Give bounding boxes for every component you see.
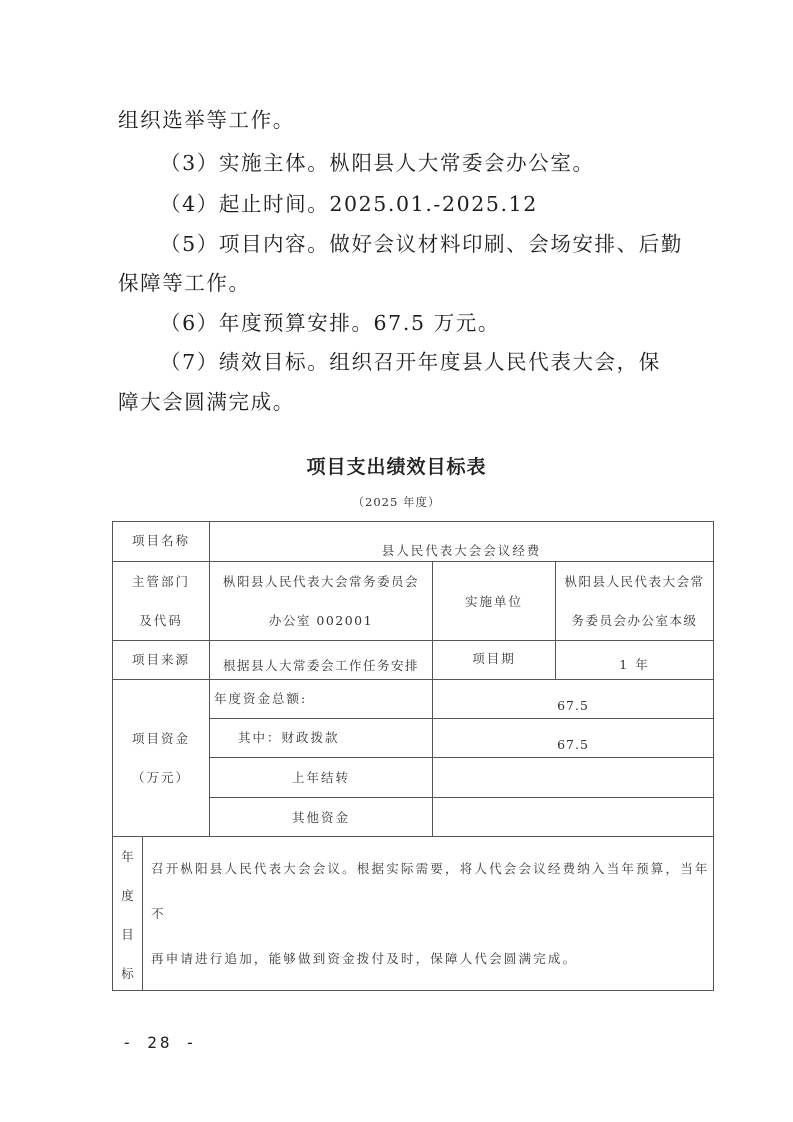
body-item-7-line-1: （7）绩效目标。组织召开年度县人民代表大会，保 <box>160 345 661 375</box>
body-item-5-line-1: （5）项目内容。做好会议材料印刷、会场安排、后勤 <box>160 227 683 257</box>
project-name-label: 项目名称 <box>112 521 210 562</box>
body-item-7-line-2: 障大会圆满完成。 <box>118 385 295 415</box>
funds-carryover-value <box>432 757 714 798</box>
page-number: - 28 - <box>122 1033 198 1052</box>
body-item-3: （3）实施主体。枞阳县人大常委会办公室。 <box>160 146 595 176</box>
funds-label-line-1: 项目资金 <box>132 719 190 758</box>
goal-label-char: 度 <box>121 876 134 915</box>
source-label: 项目来源 <box>112 640 210 680</box>
body-line-1: 组织选举等工作。 <box>118 103 295 133</box>
dept-label-line-1: 主管部门 <box>132 562 190 601</box>
impl-unit-label: 实施单位 <box>432 561 556 641</box>
goal-label-char: 年 <box>121 837 134 876</box>
annual-goal-line-1: 召开枞阳县人民代表大会会议。根据实际需要，将人代会会议经费纳入当年预算，当年不 <box>151 846 713 936</box>
funds-other-value <box>432 797 714 837</box>
dept-label-line-2: 及代码 <box>139 601 183 640</box>
funds-fiscal-value: 67.5 <box>432 718 714 758</box>
funds-other-label: 其他资金 <box>209 797 433 837</box>
dept-value-line-2: 办公室 002001 <box>269 601 373 640</box>
body-item-4: （4）起止时间。2025.01.-2025.12 <box>160 187 538 217</box>
period-value: 1 年 <box>555 640 714 680</box>
dept-label: 主管部门 及代码 <box>112 561 210 641</box>
table-title: 项目支出绩效目标表 <box>0 452 793 479</box>
body-item-5-line-2: 保障等工作。 <box>118 266 251 296</box>
dept-value-line-1: 枞阳县人民代表大会常务委员会 <box>223 562 419 601</box>
source-value: 根据县人大常委会工作任务安排 <box>209 640 433 680</box>
project-name-value: 县人民代表大会会议经费 <box>209 521 714 562</box>
funds-label: 项目资金 （万元） <box>112 679 210 837</box>
period-label: 项目期 <box>432 640 556 680</box>
table-subtitle: （2025 年度） <box>0 494 793 510</box>
body-item-6: （6）年度预算安排。67.5 万元。 <box>160 306 500 336</box>
annual-goal-label: 年 度 目 标 <box>112 836 143 991</box>
funds-carryover-label: 上年结转 <box>209 757 433 798</box>
funds-fiscal-label: 其中：财政拨款 <box>209 718 433 758</box>
funds-total-label: 年度资金总额: <box>209 679 433 719</box>
impl-unit-value-line-2: 务委员会办公室本级 <box>571 601 697 640</box>
annual-goal-line-2: 再申请进行追加，能够做到资金拨付及时，保障人代会圆满完成。 <box>151 936 577 981</box>
annual-goal-text: 召开枞阳县人民代表大会会议。根据实际需要，将人代会会议经费纳入当年预算，当年不 … <box>142 836 714 991</box>
impl-unit-value-line-1: 枞阳县人民代表大会常 <box>564 562 704 601</box>
impl-unit-value: 枞阳县人民代表大会常 务委员会办公室本级 <box>555 561 714 641</box>
goal-label-char: 目 <box>121 915 134 954</box>
goal-label-char: 标 <box>121 954 134 993</box>
funds-label-line-2: （万元） <box>132 758 190 797</box>
funds-total-value: 67.5 <box>432 679 714 719</box>
dept-value: 枞阳县人民代表大会常务委员会 办公室 002001 <box>209 561 433 641</box>
